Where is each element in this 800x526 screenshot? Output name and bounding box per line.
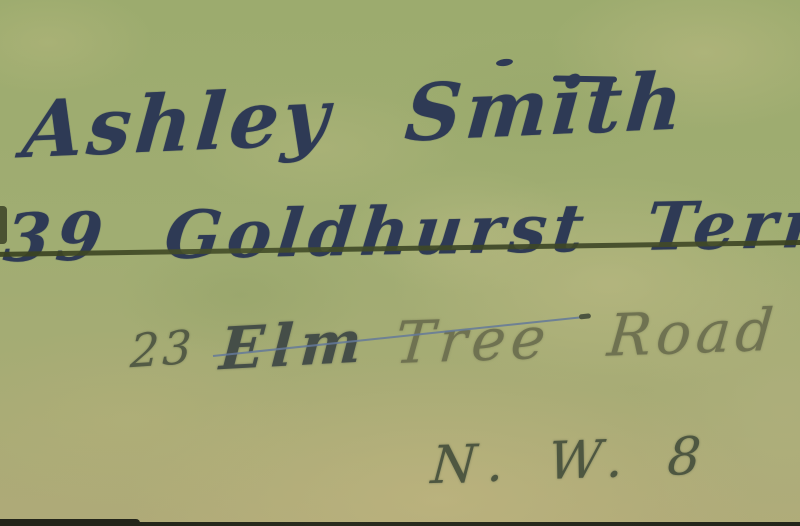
old-address-number: 39 [0,197,112,277]
new-address-number: 23 [129,323,195,374]
old-address-line: 39 Goldhurst Terrace [1,188,800,271]
postal-district: N. W. 8 [429,430,716,492]
t-bar-stroke-mark [553,75,617,82]
handwritten-address-note: Ashley Smith 39 Goldhurst Terrace 23 Elm… [0,0,800,526]
ink-smudge-mark [0,206,7,244]
old-address-street: Goldhurst Terrace [161,182,800,274]
struck-word-elm: Elm [218,312,370,378]
photo-bottom-edge-left [0,519,140,526]
new-address-street: Tree Road [393,301,781,373]
